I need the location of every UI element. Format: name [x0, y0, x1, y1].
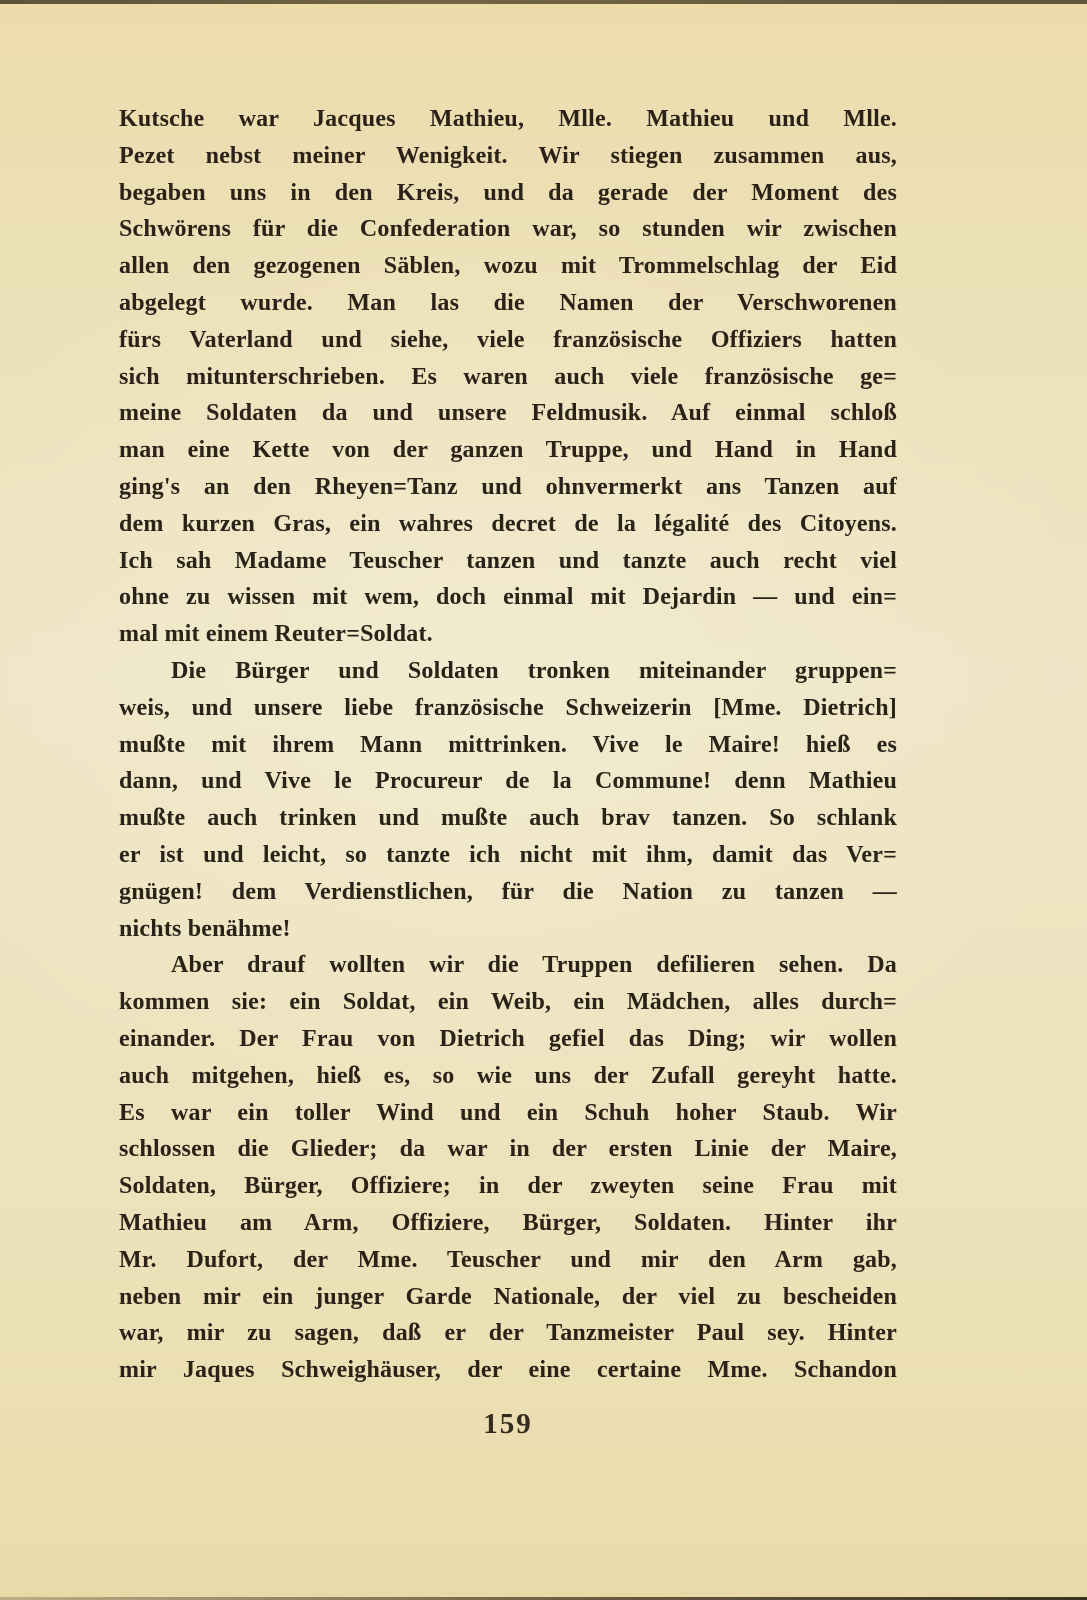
text-line: meine Soldaten da und unsere Feldmusik. … — [119, 395, 897, 432]
text-line: man eine Kette von der ganzen Truppe, un… — [119, 432, 897, 469]
text-line: dem kurzen Gras, ein wahres decret de la… — [119, 506, 897, 543]
text-line: schlossen die Glieder; da war in der ers… — [119, 1131, 897, 1168]
text-line: ging's an den Rheyen=Tanz und ohnvermerk… — [119, 469, 897, 506]
text-block: Kutsche war Jacques Mathieu, Mlle. Mathi… — [119, 101, 897, 1389]
paragraph: Die Bürger und Soldaten tronken miteinan… — [119, 653, 897, 947]
text-line: mir Jaques Schweighäuser, der eine certa… — [119, 1352, 897, 1389]
text-line: Die Bürger und Soldaten tronken miteinan… — [119, 653, 897, 690]
text-line: auch mitgehen, hieß es, so wie uns der Z… — [119, 1058, 897, 1095]
text-line: nichts benähme! — [119, 911, 897, 948]
text-line: Schwörens für die Confederation war, so … — [119, 211, 897, 248]
page-number: 159 — [119, 1408, 897, 1441]
text-line: allen den gezogenen Säblen, wozu mit Tro… — [119, 248, 897, 285]
text-line: mußte auch trinken und mußte auch brav t… — [119, 800, 897, 837]
text-line: ohne zu wissen mit wem, doch einmal mit … — [119, 579, 897, 616]
text-line: einander. Der Frau von Dietrich gefiel d… — [119, 1021, 897, 1058]
paragraph: Aber drauf wollten wir die Truppen defil… — [119, 947, 897, 1389]
text-line: Mr. Dufort, der Mme. Teuscher und mir de… — [119, 1242, 897, 1279]
text-line: abgelegt wurde. Man las die Namen der Ve… — [119, 285, 897, 322]
text-line: weis, und unsere liebe französische Schw… — [119, 690, 897, 727]
text-line: begaben uns in den Kreis, und da gerade … — [119, 175, 897, 212]
paragraph: Kutsche war Jacques Mathieu, Mlle. Mathi… — [119, 101, 897, 653]
text-line: sich mitunterschrieben. Es waren auch vi… — [119, 359, 897, 396]
text-line: Aber drauf wollten wir die Truppen defil… — [119, 947, 897, 984]
text-line: Soldaten, Bürger, Offiziere; in der zwey… — [119, 1168, 897, 1205]
text-line: Kutsche war Jacques Mathieu, Mlle. Mathi… — [119, 101, 897, 138]
text-line: mußte mit ihrem Mann mittrinken. Vive le… — [119, 727, 897, 764]
text-line: war, mir zu sagen, daß er der Tanzmeiste… — [119, 1315, 897, 1352]
text-line: Es war ein toller Wind und ein Schuh hoh… — [119, 1095, 897, 1132]
text-line: Pezet nebst meiner Wenigkeit. Wir stiege… — [119, 138, 897, 175]
text-line: neben mir ein junger Garde Nationale, de… — [119, 1279, 897, 1316]
text-line: kommen sie: ein Soldat, ein Weib, ein Mä… — [119, 984, 897, 1021]
text-line: Ich sah Madame Teuscher tanzen und tanzt… — [119, 543, 897, 580]
text-line: Mathieu am Arm, Offiziere, Bürger, Solda… — [119, 1205, 897, 1242]
text-line: dann, und Vive le Procureur de la Commun… — [119, 763, 897, 800]
book-page: Kutsche war Jacques Mathieu, Mlle. Mathi… — [0, 0, 1087, 1600]
text-line: er ist und leicht, so tanzte ich nicht m… — [119, 837, 897, 874]
text-line: mal mit einem Reuter=Soldat. — [119, 616, 897, 653]
text-line: gnügen! dem Verdienstlichen, für die Nat… — [119, 874, 897, 911]
text-line: fürs Vaterland und siehe, viele französi… — [119, 322, 897, 359]
scan-edge-top — [0, 0, 1087, 4]
